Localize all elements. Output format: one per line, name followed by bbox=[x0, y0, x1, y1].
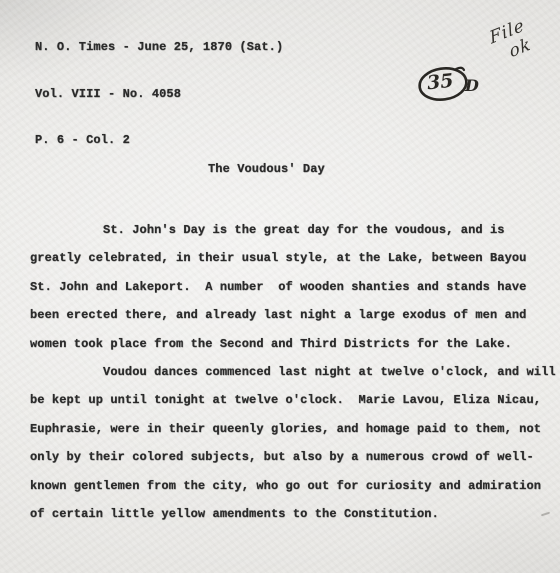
circle-suffix-letter: D bbox=[465, 76, 479, 95]
citation-header: N. O. Times - June 25, 1870 (Sat.) Vol. … bbox=[35, 9, 283, 180]
citation-page-line: P. 6 - Col. 2 bbox=[35, 133, 283, 149]
typed-line: St. John's Day is the great day for the … bbox=[30, 216, 550, 244]
citation-source-line: N. O. Times - June 25, 1870 (Sat.) bbox=[35, 40, 283, 56]
typed-line: Euphrasie, were in their queenly glories… bbox=[30, 415, 550, 443]
typed-line: only by their colored subjects, but also… bbox=[30, 443, 550, 471]
typed-line: women took place from the Second and Thi… bbox=[30, 330, 550, 358]
typed-line: known gentlemen from the city, who go ou… bbox=[30, 472, 550, 500]
article-body: St. John's Day is the great day for the … bbox=[30, 216, 550, 528]
typed-line: be kept up until tonight at twelve o'clo… bbox=[30, 386, 550, 414]
typed-line: St. John and Lakeport. A number of woode… bbox=[30, 273, 550, 301]
article-title: The Voudous' Day bbox=[208, 162, 325, 176]
handwritten-file-note: File ok bbox=[488, 16, 533, 69]
typed-line: been erected there, and already last nig… bbox=[30, 301, 550, 329]
typed-line: of certain little yellow amendments to t… bbox=[30, 500, 550, 528]
scanned-document-page: N. O. Times - June 25, 1870 (Sat.) Vol. … bbox=[0, 0, 560, 573]
handwritten-circled-number: 35 D bbox=[416, 62, 488, 106]
typed-line: greatly celebrated, in their usual style… bbox=[30, 244, 550, 272]
citation-volume-line: Vol. VIII - No. 4058 bbox=[35, 87, 283, 103]
circled-number-text: 35 bbox=[426, 70, 455, 95]
typed-line: Voudou dances commenced last night at tw… bbox=[30, 358, 550, 386]
